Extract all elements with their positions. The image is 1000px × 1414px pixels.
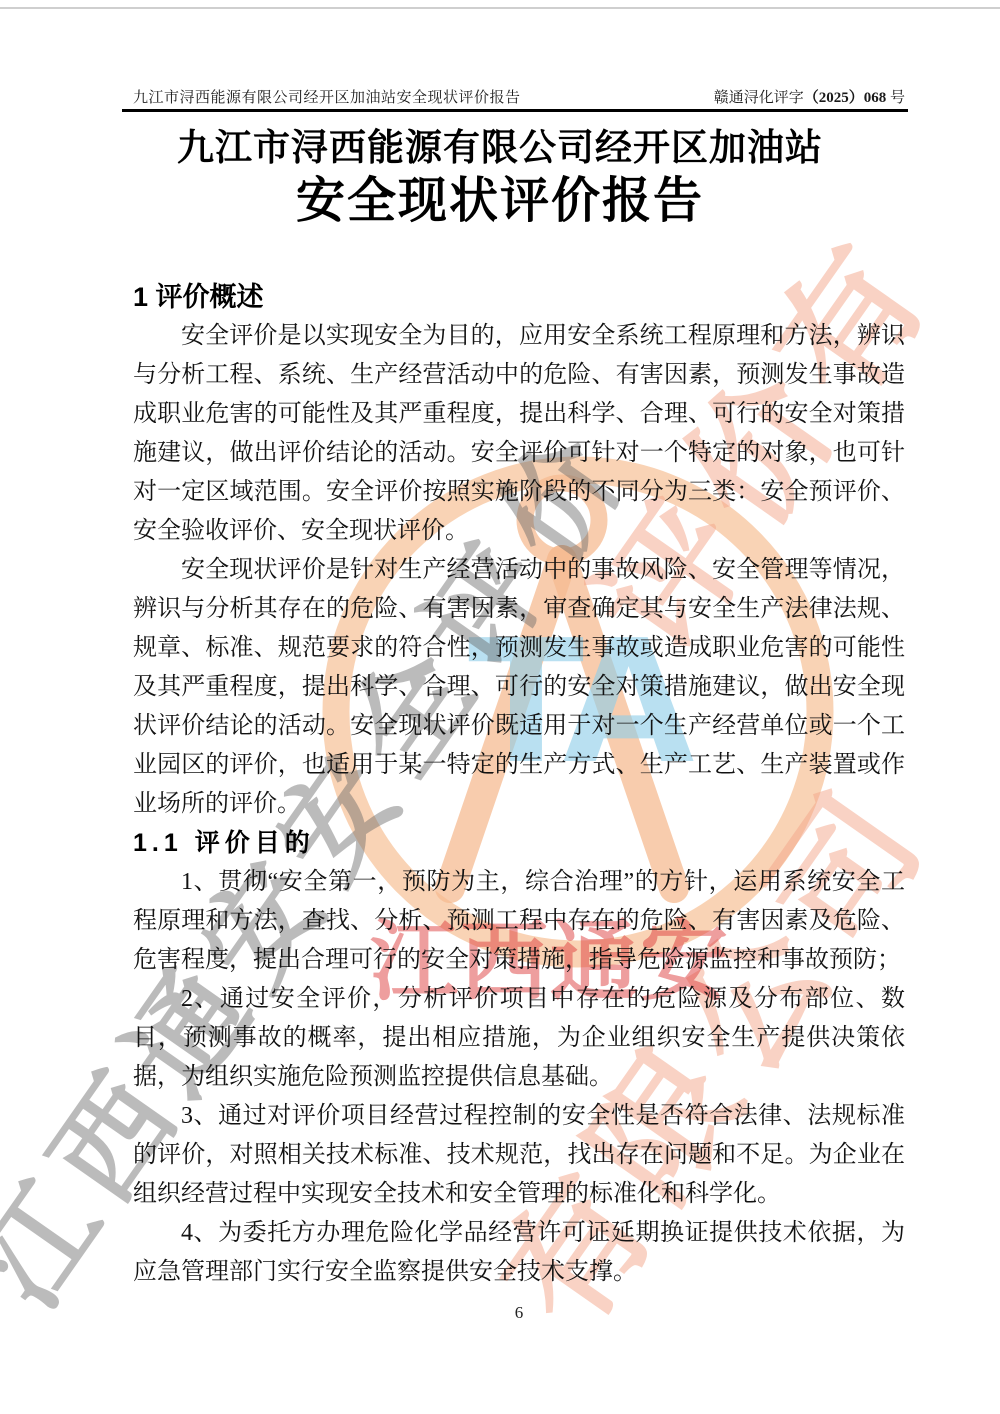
header-rule <box>122 109 908 112</box>
doc-number-value: （2025）068 <box>804 90 887 106</box>
doc-number-label: 赣通浔化评字 <box>714 90 804 106</box>
header-right-doc-number: 赣通浔化评字（2025）068 号 <box>714 86 905 107</box>
section-heading-1-1: 1.1 评价目的 <box>133 824 905 863</box>
paragraph-overview-1: 安全评价是以实现安全为目的，应用安全系统工程原理和方法，辨识与分析工程、系统、生… <box>133 317 905 551</box>
page-number: 6 <box>133 1303 905 1323</box>
document-page: TA 江西通安安全评价 评价有 有限公司 江西通安 九江市浔西能源有限公司经开区… <box>0 0 1000 1414</box>
document-body: 1 评价概述 安全评价是以实现安全为目的，应用安全系统工程原理和方法，辨识与分析… <box>133 278 905 1292</box>
header-left-title: 九江市浔西能源有限公司经开区加油站安全现状评价报告 <box>133 86 521 107</box>
paragraph-purpose-4: 4、为委托方办理危险化学品经营许可证延期换证提供技术依据，为应急管理部门实行安全… <box>133 1214 905 1292</box>
doc-number-suffix: 号 <box>886 90 905 106</box>
section-heading-1: 1 评价概述 <box>133 278 905 317</box>
paragraph-purpose-1: 1、贯彻“安全第一，预防为主，综合治理”的方针，运用系统安全工程原理和方法，查找… <box>133 863 905 980</box>
paragraph-purpose-3: 3、通过对评价项目经营过程控制的安全性是否符合法律、法规标准的评价，对照相关技术… <box>133 1097 905 1214</box>
paragraph-overview-2: 安全现状评价是针对生产经营活动中的事故风险、安全管理等情况，辨识与分析其存在的危… <box>133 551 905 824</box>
report-title-line1: 九江市浔西能源有限公司经开区加油站 <box>0 124 1000 172</box>
paragraph-purpose-2: 2、通过安全评价，分析评价项目中存在的危险源及分布部位、数目，预测事故的概率，提… <box>133 980 905 1097</box>
page-content: 九江市浔西能源有限公司经开区加油站安全现状评价报告 赣通浔化评字（2025）06… <box>0 0 1000 1414</box>
report-title-line2: 安全现状评价报告 <box>0 172 1000 230</box>
